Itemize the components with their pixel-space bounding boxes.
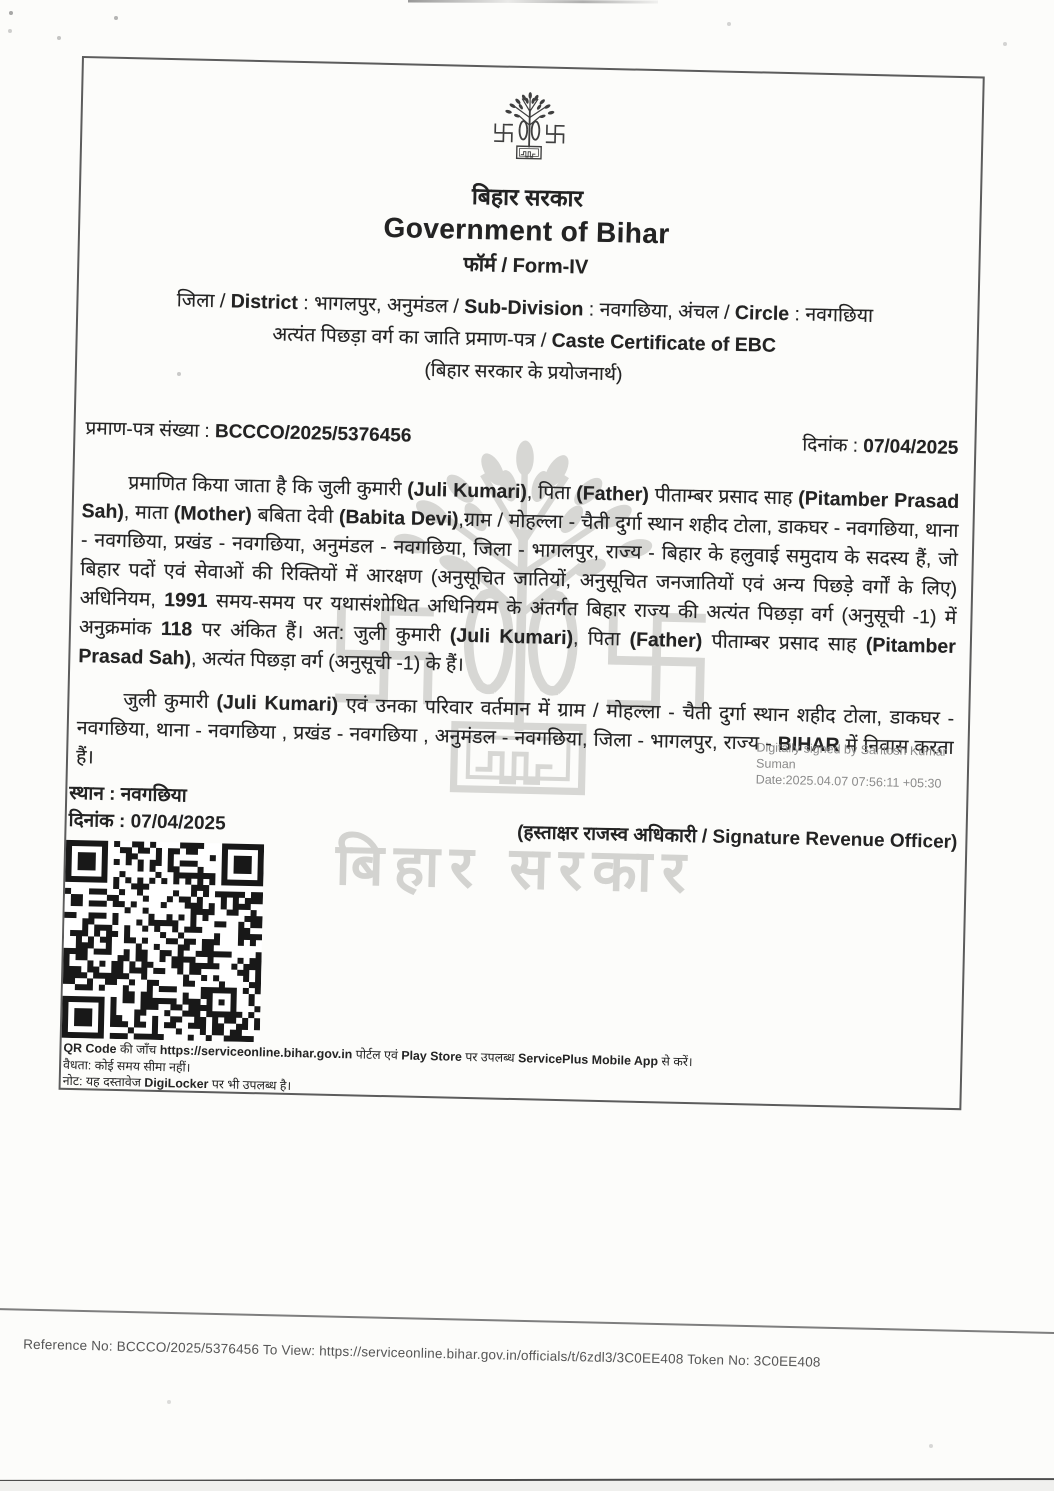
digital-signature-note: Digitally signed by Santosh Kumar Suman …: [756, 739, 987, 792]
footer-separator-line: [0, 1308, 1054, 1334]
scan-page-edge-strip: [0, 1481, 1054, 1491]
signature-officer-label: (हस्ताक्षर राजस्व अधिकारी / Signature Re…: [517, 818, 958, 854]
signature-date-line: दिनांक : 07/04/2025: [68, 807, 226, 838]
scanned-caste-certificate-page: { "document": { "header": { "emblem_icon…: [0, 0, 1054, 1491]
place-date-block: स्थान : नवगछिया दिनांक : 07/04/2025: [68, 780, 226, 838]
certificate-number: प्रमाण-पत्र संख्या : BCCCO/2025/5376456: [85, 414, 411, 447]
place-line: स्थान : नवगछिया: [69, 780, 227, 811]
issue-date: दिनांक : 07/04/2025: [802, 430, 959, 460]
body-paragraph-1: प्रमाणित किया जाता है कि जुली कुमारी (Ju…: [78, 468, 959, 691]
certificate-border-box: बिहार सरकार बिहार सरकार Government of Bi…: [59, 56, 985, 1110]
digital-signature-line-1: Digitally signed by Santosh Kumar Suman: [756, 739, 987, 776]
certificate-number-label: प्रमाण-पत्र संख्या :: [85, 418, 215, 442]
scan-noise-specks: [0, 0, 2, 2]
qr-notes-block: QR Code की जाँच https://serviceonline.bi…: [63, 1040, 693, 1104]
qr-code: [62, 840, 264, 1042]
issue-date-value: 07/04/2025: [863, 436, 959, 459]
certificate-number-value: BCCCO/2025/5376456: [215, 421, 412, 446]
qr-code-container: [62, 840, 264, 1042]
bihar-state-emblem-icon: [482, 89, 576, 167]
issue-date-label: दिनांक :: [802, 434, 863, 456]
footer-block: Reference No: BCCCO/2025/5376456 To View…: [0, 1308, 1054, 1375]
reference-line: Reference No: BCCCO/2025/5376456 To View…: [23, 1337, 1054, 1376]
scan-artifact-top-smudge: [408, 0, 658, 4]
certificate-meta-row: प्रमाण-पत्र संख्या : BCCCO/2025/5376456 …: [83, 414, 960, 460]
